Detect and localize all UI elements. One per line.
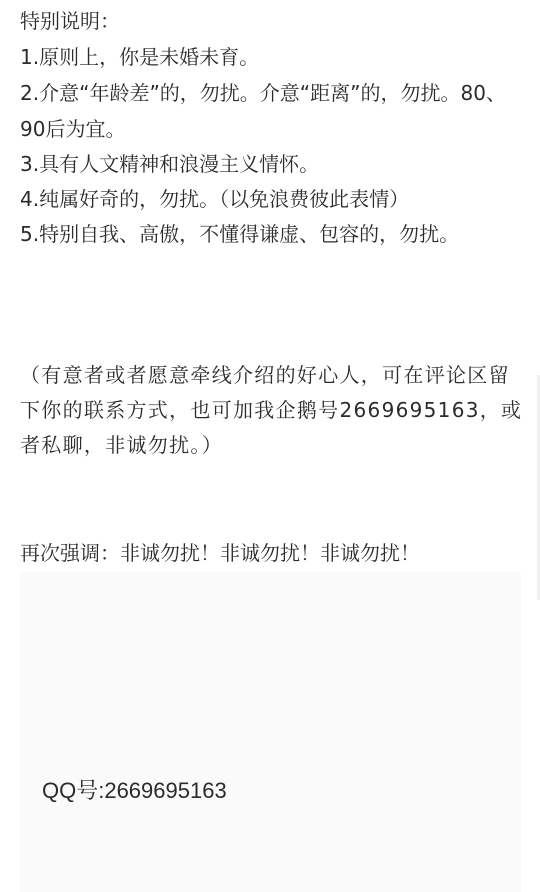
contact-note: （有意者或者愿意牵线介绍的好心人，可在评论区留下你的联系方式，也可加我企鹅号26… [20, 358, 525, 463]
notice-heading: 特别说明： [20, 9, 120, 33]
notice-item-4: 4.纯属好奇的，勿扰。（以免浪费彼此表情） [20, 187, 409, 211]
qq-image-box: QQ号:2669695163 [20, 572, 521, 892]
notice-item-2: 2.介意“年龄差”的，勿扰。介意“距离”的，勿扰。80、 [20, 81, 506, 105]
qq-number-text: QQ号:2669695163 [42, 778, 227, 804]
notice-item-3: 3.具有人文精神和浪漫主义情怀。 [20, 152, 319, 176]
emphasis-text: 再次强调：非诚勿扰！非诚勿扰！非诚勿扰！ [20, 541, 420, 565]
notice-item-5: 5.特别自我、高傲，不懂得谦虚、包容的，勿扰。 [20, 222, 459, 246]
notice-item-2-continued: 90后为宜。 [20, 117, 125, 141]
notice-item-1: 1.原则上，你是未婚未育。 [20, 45, 259, 69]
